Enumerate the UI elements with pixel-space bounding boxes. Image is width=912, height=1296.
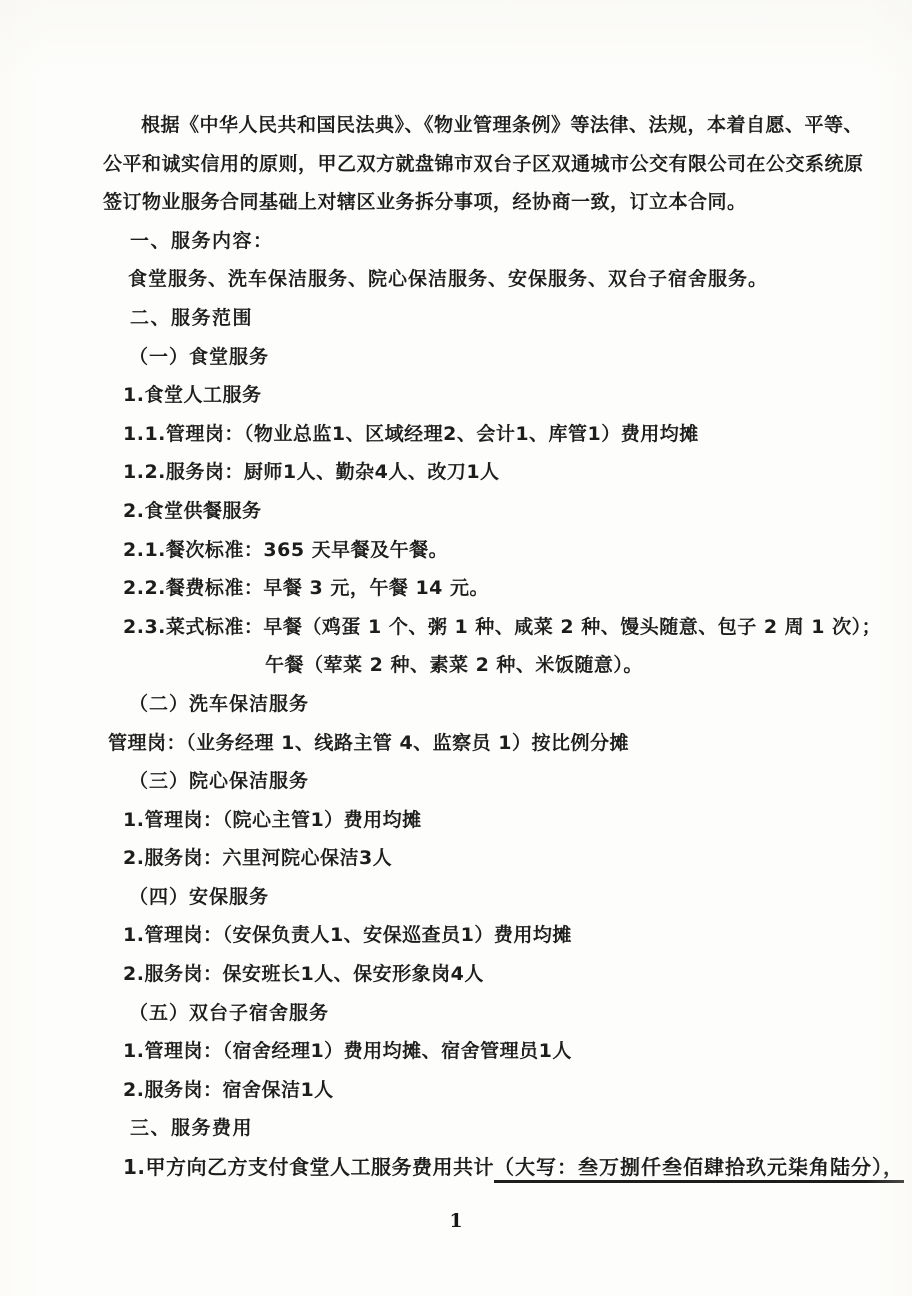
preamble-line: 根据《中华人民共和国民法典》、《物业管理条例》等法律、法规，本着自愿、平等、 <box>103 106 863 145</box>
subheading-security-service: （四）安保服务 <box>103 878 863 917</box>
item-menu-standard-breakfast: 2.3.菜式标准：早餐（鸡蛋 1 个、粥 1 种、咸菜 2 种、馒头随意、包子 … <box>103 608 863 647</box>
preamble-line: 签订物业服务合同基础上对辖区业务拆分事项，经协商一致，订立本合同。 <box>103 183 863 222</box>
fee-amount-capitalized: （大写：叁万捌仟叁佰肆拾玖元柒角陆分）， <box>494 1155 904 1183</box>
item-meal-frequency-standard: 2.1.餐次标准：365 天早餐及午餐。 <box>103 531 863 570</box>
item-canteen-service-posts: 1.2.服务岗：厨师1人、勤杂4人、改刀1人 <box>103 453 863 492</box>
item-canteen-meal-service: 2.食堂供餐服务 <box>103 492 863 531</box>
subheading-yard-cleaning-service: （三）院心保洁服务 <box>103 762 863 801</box>
item-carwash-management-posts: 管理岗：（业务经理 1、线路主管 4、监察员 1）按比例分摊 <box>103 724 863 763</box>
document-page: 根据《中华人民共和国民法典》、《物业管理条例》等法律、法规，本着自愿、平等、 公… <box>0 0 912 1296</box>
heading-service-scope: 二、服务范围 <box>103 299 863 338</box>
item-meal-fee-standard: 2.2.餐费标准：早餐 3 元，午餐 14 元。 <box>103 569 863 608</box>
preamble-line: 公平和诚实信用的原则，甲乙双方就盘锦市双台子区双通城市公交有限公司在公交系统原 <box>103 145 863 184</box>
item-canteen-management-posts: 1.1.管理岗：（物业总监1、区域经理2、会计1、库管1）费用均摊 <box>103 415 863 454</box>
heading-service-content: 一、服务内容： <box>103 222 863 261</box>
item-yard-service-posts: 2.服务岗：六里河院心保洁3人 <box>103 839 863 878</box>
item-yard-management-posts: 1.管理岗：（院心主管1）费用均摊 <box>103 801 863 840</box>
service-content-list: 食堂服务、洗车保洁服务、院心保洁服务、安保服务、双台子宿舍服务。 <box>103 260 863 299</box>
item-canteen-labor-service: 1.食堂人工服务 <box>103 376 863 415</box>
subheading-dormitory-service: （五）双台子宿舍服务 <box>103 994 863 1033</box>
item-security-service-posts: 2.服务岗：保安班长1人、保安形象岗4人 <box>103 955 863 994</box>
item-security-management-posts: 1.管理岗：（安保负责人1、安保巡查员1）费用均摊 <box>103 916 863 955</box>
heading-service-fee: 三、服务费用 <box>103 1109 863 1148</box>
fee-clause: 1.甲方向乙方支付食堂人工服务费用共计（大写：叁万捌仟叁佰肆拾玖元柒角陆分）， <box>103 1148 863 1187</box>
subheading-carwash-cleaning-service: （二）洗车保洁服务 <box>103 685 863 724</box>
item-menu-standard-lunch: 午餐（荤菜 2 种、素菜 2 种、米饭随意）。 <box>103 646 863 685</box>
contract-body: 根据《中华人民共和国民法典》、《物业管理条例》等法律、法规，本着自愿、平等、 公… <box>103 106 863 1187</box>
subheading-canteen-service: （一）食堂服务 <box>103 338 863 377</box>
item-dormitory-service-posts: 2.服务岗：宿舍保洁1人 <box>103 1071 863 1110</box>
page-number: 1 <box>0 1210 912 1232</box>
item-dormitory-management-posts: 1.管理岗：（宿舍经理1）费用均摊、宿舍管理员1人 <box>103 1032 863 1071</box>
fee-clause-prefix: 1.甲方向乙方支付食堂人工服务费用共计 <box>123 1155 494 1179</box>
